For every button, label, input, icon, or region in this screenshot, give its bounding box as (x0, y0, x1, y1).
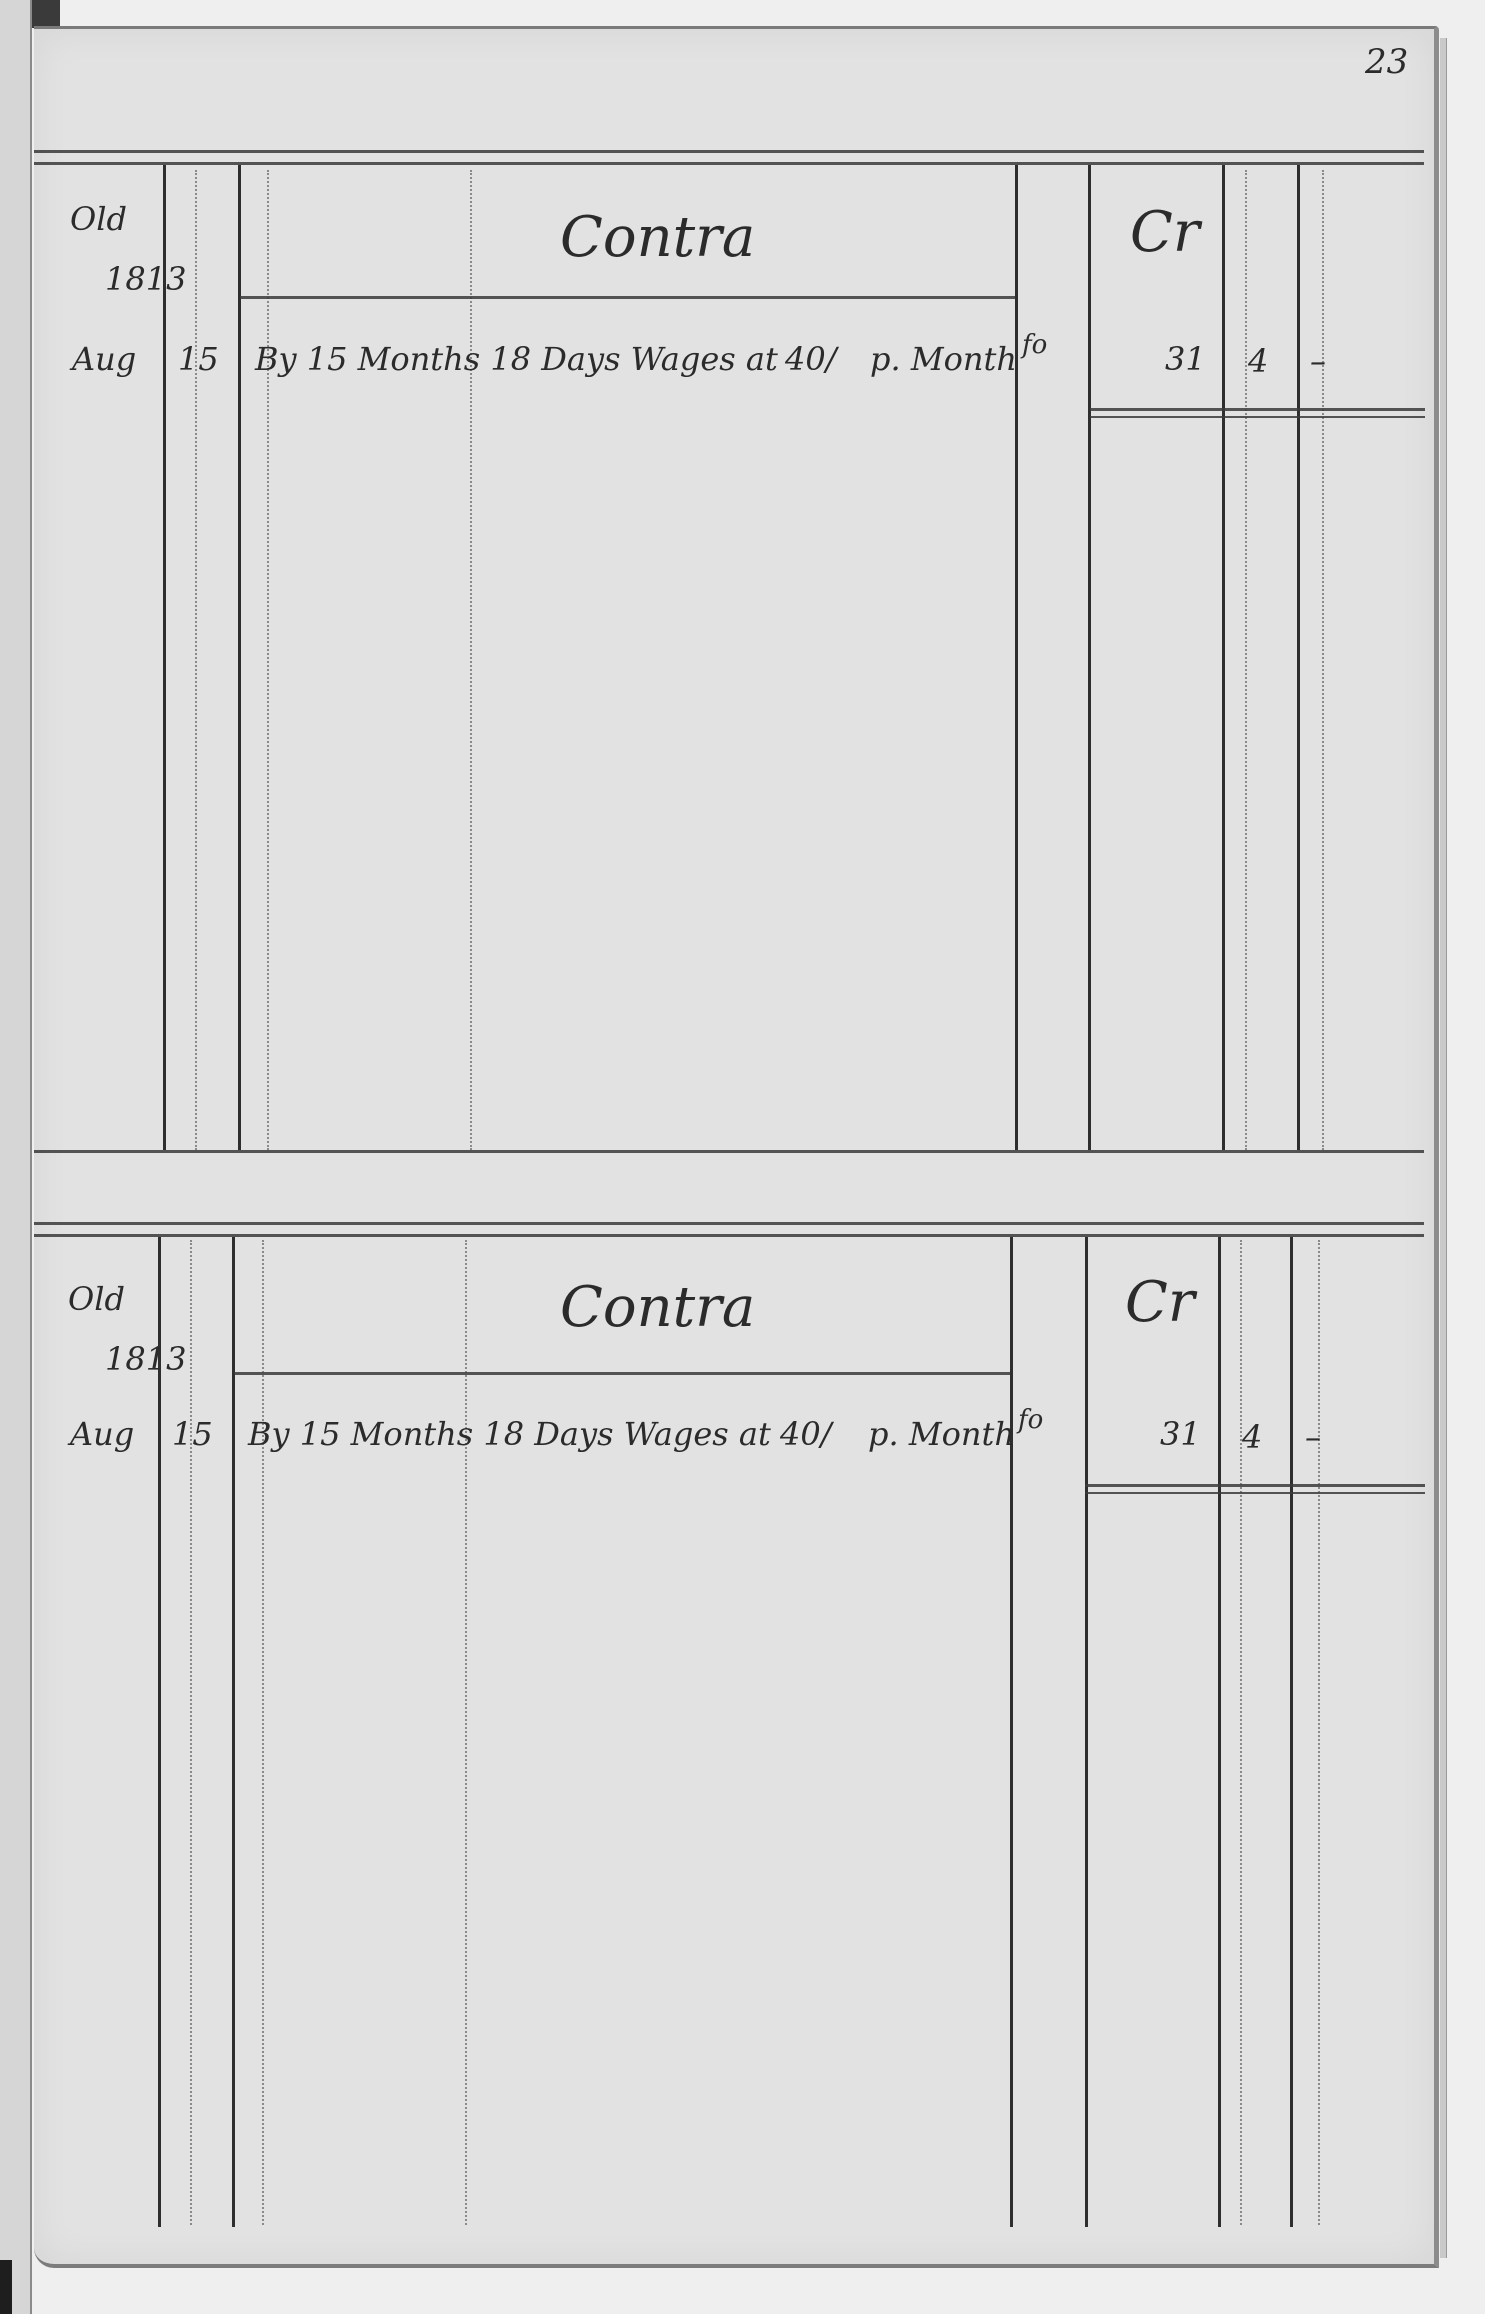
binding-bottom (0, 2260, 12, 2314)
section-1-header-rule (240, 296, 1015, 299)
entry-shillings: 4 (1248, 342, 1268, 380)
entry-rate: 40/ (785, 340, 837, 378)
section-1-top-rule-1 (34, 150, 1424, 153)
section-1-heading-left: Old (70, 200, 127, 238)
section-2-title: Contra (560, 1275, 755, 1340)
section-2-pounds-end-line (1218, 1237, 1221, 2227)
section-1-date-column-line (163, 165, 166, 1150)
entry-per: p. Month (868, 1415, 1015, 1453)
section-1-bottom-rule (34, 1150, 1424, 1153)
section-1-total-rule-1 (1090, 408, 1425, 411)
section-2-date-column-line (158, 1237, 161, 2227)
section-1-year: 1813 (105, 260, 186, 298)
section-1-shillings-end-line (1297, 165, 1300, 1150)
section-1-folio-end-line (1088, 165, 1091, 1150)
section-2-guide-line (1240, 1240, 1242, 2225)
section-2-top-rule-1 (34, 1222, 1424, 1225)
section-1-day-column-line (238, 165, 241, 1150)
entry-pounds: 31 (1165, 340, 1206, 378)
section-2-folio-end-line (1085, 1237, 1088, 2227)
entry-folio: fo (1022, 330, 1047, 360)
entry-day: 15 (172, 1415, 213, 1453)
section-2-top-rule-2 (34, 1234, 1424, 1237)
section-1-side: Cr (1130, 200, 1200, 265)
entry-per: p. Month (870, 340, 1017, 378)
entry-pounds: 31 (1160, 1415, 1201, 1453)
entry-rate: 40/ (780, 1415, 832, 1453)
page-edge (1440, 38, 1447, 2258)
entry-month: Aug (72, 340, 136, 378)
section-1-guide-line (267, 170, 269, 1150)
section-2-year: 1813 (105, 1340, 186, 1378)
section-1-top-rule-2 (34, 162, 1424, 165)
section-1-description-end-line (1015, 165, 1018, 1150)
entry-pence: – (1305, 1418, 1321, 1456)
book-binding (0, 0, 32, 2314)
section-2-day-column-line (232, 1237, 235, 2227)
entry-description: By 15 Months 18 Days Wages at (248, 1415, 771, 1453)
section-2-shillings-end-line (1290, 1237, 1293, 2227)
section-1-guide-line (1322, 170, 1324, 1150)
section-1-guide-line (195, 170, 197, 1150)
section-2-header-rule (234, 1372, 1010, 1375)
section-2-side: Cr (1125, 1270, 1195, 1335)
section-1-pounds-end-line (1222, 165, 1225, 1150)
page-number: 23 (1365, 42, 1408, 82)
section-2-description-end-line (1010, 1237, 1013, 2227)
entry-shillings: 4 (1242, 1418, 1262, 1456)
entry-month: Aug (70, 1415, 134, 1453)
entry-folio: fo (1018, 1405, 1043, 1435)
section-1-guide-line (470, 170, 472, 1150)
section-1-guide-line (1245, 170, 1247, 1150)
section-2-guide-line (190, 1240, 192, 2225)
section-2-total-rule-2 (1085, 1492, 1425, 1494)
section-2-heading-left: Old (68, 1280, 125, 1318)
entry-day: 15 (178, 340, 219, 378)
section-1-total-rule-2 (1090, 416, 1425, 418)
section-2-guide-line (1318, 1240, 1320, 2225)
entry-description: By 15 Months 18 Days Wages at (255, 340, 778, 378)
section-2-guide-line (262, 1240, 264, 2225)
section-2-guide-line (465, 1240, 467, 2225)
section-2-total-rule-1 (1085, 1484, 1425, 1487)
entry-pence: – (1310, 342, 1326, 380)
section-1-title: Contra (560, 205, 755, 270)
